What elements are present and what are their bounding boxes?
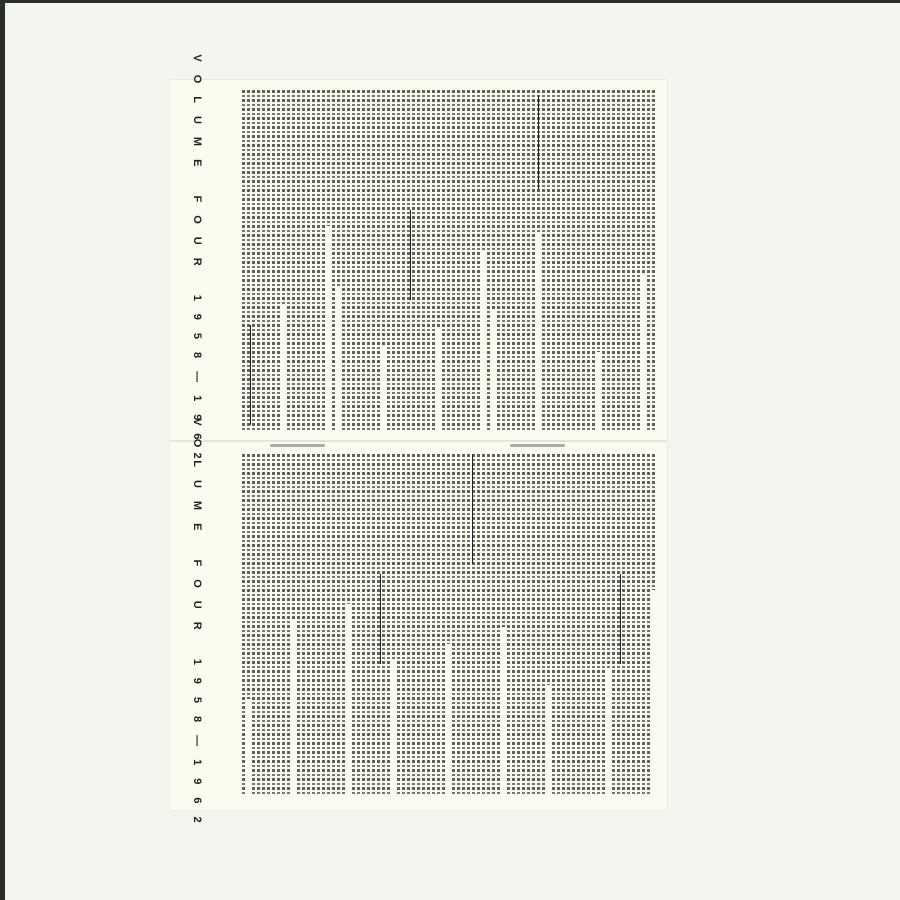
text-line xyxy=(297,454,300,794)
text-line xyxy=(597,90,600,352)
text-column xyxy=(240,90,330,430)
text-line xyxy=(347,90,350,430)
scan-edge-top xyxy=(0,0,900,3)
text-line xyxy=(512,90,515,430)
text-column xyxy=(410,90,490,430)
text-line xyxy=(572,454,575,794)
scan-edge-left xyxy=(0,0,5,900)
text-line xyxy=(277,90,280,430)
text-line xyxy=(607,454,610,668)
text-line xyxy=(422,454,425,794)
text-column xyxy=(570,454,655,794)
panel-header: VOLUME FOUR 1958—1962 xyxy=(182,452,212,802)
text-column xyxy=(330,454,410,794)
text-line xyxy=(357,454,360,794)
volume-title: VOLUME FOUR 1958—1962 xyxy=(191,54,203,471)
text-line xyxy=(282,454,285,794)
text-line xyxy=(262,90,265,430)
text-line xyxy=(542,454,545,794)
text-line xyxy=(592,454,595,794)
text-line xyxy=(537,454,540,794)
fold-line xyxy=(170,440,667,442)
text-line xyxy=(457,454,460,794)
booklet-page: VOLUME FOUR 1958—1962 VOLUME FOUR 1958—1… xyxy=(170,80,667,810)
text-line xyxy=(477,454,480,794)
text-column xyxy=(410,454,490,794)
text-line xyxy=(242,90,245,430)
text-line xyxy=(377,90,380,430)
text-line xyxy=(317,454,320,794)
text-line xyxy=(532,454,535,794)
text-line xyxy=(307,454,310,794)
text-line xyxy=(347,454,350,604)
text-line xyxy=(522,90,525,430)
text-line xyxy=(342,90,345,430)
text-line xyxy=(577,454,580,794)
text-line xyxy=(337,454,340,794)
text-line xyxy=(392,90,395,430)
text-line xyxy=(247,454,250,699)
column-rule xyxy=(538,95,539,190)
text-line xyxy=(562,90,565,430)
text-line xyxy=(622,90,625,430)
text-line xyxy=(267,90,270,430)
text-line xyxy=(412,454,415,794)
text-line xyxy=(482,90,485,250)
text-line xyxy=(317,90,320,430)
text-line xyxy=(637,454,640,794)
text-line xyxy=(402,90,405,430)
text-line xyxy=(452,90,455,430)
panel-header: VOLUME FOUR 1958—1962 xyxy=(182,88,212,438)
panel-bottom: VOLUME FOUR 1958—1962 xyxy=(170,444,667,810)
text-line xyxy=(417,454,420,794)
text-line xyxy=(397,90,400,430)
text-line xyxy=(302,90,305,430)
text-line xyxy=(507,454,510,794)
text-line xyxy=(627,90,630,430)
text-line xyxy=(292,454,295,621)
text-line xyxy=(287,90,290,430)
text-line xyxy=(652,454,655,590)
text-line xyxy=(627,454,630,794)
text-line xyxy=(257,454,260,794)
text-line xyxy=(372,90,375,430)
text-line xyxy=(612,90,615,430)
text-line xyxy=(607,90,610,430)
text-line xyxy=(527,454,530,794)
text-line xyxy=(547,454,550,685)
text-line xyxy=(577,90,580,430)
text-line xyxy=(522,454,525,794)
text-line xyxy=(367,90,370,430)
text-line xyxy=(637,90,640,430)
text-line xyxy=(287,454,290,794)
text-line xyxy=(547,90,550,430)
text-line xyxy=(432,454,435,794)
text-line xyxy=(647,454,650,794)
text-line xyxy=(477,90,480,430)
text-line xyxy=(282,90,285,304)
text-line xyxy=(497,454,500,794)
text-line xyxy=(307,90,310,430)
text-line xyxy=(452,454,455,794)
column-rule xyxy=(380,574,381,664)
text-line xyxy=(457,90,460,430)
text-line xyxy=(642,454,645,794)
text-line xyxy=(442,454,445,794)
text-line xyxy=(267,454,270,794)
text-line xyxy=(572,90,575,430)
text-line xyxy=(272,90,275,430)
text-line xyxy=(367,454,370,794)
text-line xyxy=(362,454,365,794)
text-line xyxy=(382,90,385,345)
text-column xyxy=(490,454,570,794)
text-line xyxy=(437,90,440,328)
text-line xyxy=(442,90,445,430)
text-line xyxy=(277,454,280,794)
text-line xyxy=(352,90,355,430)
text-line xyxy=(257,90,260,430)
text-line xyxy=(242,454,245,794)
text-line xyxy=(432,90,435,430)
text-line xyxy=(562,454,565,794)
text-line xyxy=(312,90,315,430)
text-line xyxy=(387,90,390,430)
text-line xyxy=(332,90,335,430)
text-line xyxy=(587,454,590,794)
column-rule xyxy=(410,210,411,300)
text-line xyxy=(492,90,495,311)
text-line xyxy=(372,454,375,794)
text-line xyxy=(412,90,415,430)
text-line xyxy=(467,454,470,794)
text-line xyxy=(447,90,450,430)
text-column xyxy=(490,90,570,430)
text-line xyxy=(352,454,355,794)
text-line xyxy=(612,454,615,794)
text-line xyxy=(292,90,295,430)
text-line xyxy=(492,454,495,794)
text-line xyxy=(582,90,585,430)
text-line xyxy=(297,90,300,430)
text-line xyxy=(582,454,585,794)
text-line xyxy=(467,90,470,430)
text-line xyxy=(312,454,315,794)
text-line xyxy=(392,454,395,661)
text-line xyxy=(552,90,555,430)
text-line xyxy=(502,90,505,430)
text-column xyxy=(240,454,330,794)
text-line xyxy=(532,90,535,430)
text-line xyxy=(322,90,325,430)
text-line xyxy=(542,90,545,430)
panel-top: VOLUME FOUR 1958—1962 xyxy=(170,80,667,440)
text-line xyxy=(472,90,475,430)
text-line xyxy=(417,90,420,430)
text-line xyxy=(332,454,335,794)
text-line xyxy=(602,90,605,430)
text-line xyxy=(382,454,385,794)
text-line xyxy=(497,90,500,430)
text-line xyxy=(437,454,440,794)
text-line xyxy=(647,90,650,430)
text-column xyxy=(330,90,410,430)
text-line xyxy=(502,454,505,627)
text-line xyxy=(272,454,275,794)
text-line xyxy=(512,454,515,794)
column-rule xyxy=(472,454,473,564)
text-line xyxy=(322,454,325,794)
text-line xyxy=(252,454,255,794)
text-line xyxy=(397,454,400,794)
text-line xyxy=(402,454,405,794)
volume-title: VOLUME FOUR 1958—1962 xyxy=(191,418,203,835)
column-rule xyxy=(250,325,251,425)
text-line xyxy=(482,454,485,794)
text-line xyxy=(302,454,305,794)
text-line xyxy=(632,90,635,430)
text-line xyxy=(422,90,425,430)
text-line xyxy=(462,90,465,430)
text-line xyxy=(617,90,620,430)
text-line xyxy=(557,90,560,430)
text-line xyxy=(517,454,520,794)
text-line xyxy=(587,90,590,430)
text-line xyxy=(357,90,360,430)
text-line xyxy=(387,454,390,794)
text-line xyxy=(622,454,625,794)
text-line xyxy=(527,90,530,430)
text-line xyxy=(342,454,345,794)
text-column xyxy=(570,90,655,430)
text-line xyxy=(252,90,255,430)
text-line xyxy=(602,454,605,794)
text-line xyxy=(642,90,645,274)
text-line xyxy=(337,90,340,287)
text-line xyxy=(427,90,430,430)
text-line xyxy=(262,454,265,794)
text-line xyxy=(462,454,465,794)
text-line xyxy=(632,454,635,794)
column-rule xyxy=(620,574,621,664)
text-line xyxy=(552,454,555,794)
text-line xyxy=(362,90,365,430)
text-line xyxy=(427,454,430,794)
text-line xyxy=(507,90,510,430)
text-line xyxy=(447,454,450,644)
text-line xyxy=(592,90,595,430)
text-line xyxy=(517,90,520,430)
text-line xyxy=(557,454,560,794)
text-line xyxy=(652,90,655,430)
text-line xyxy=(597,454,600,794)
